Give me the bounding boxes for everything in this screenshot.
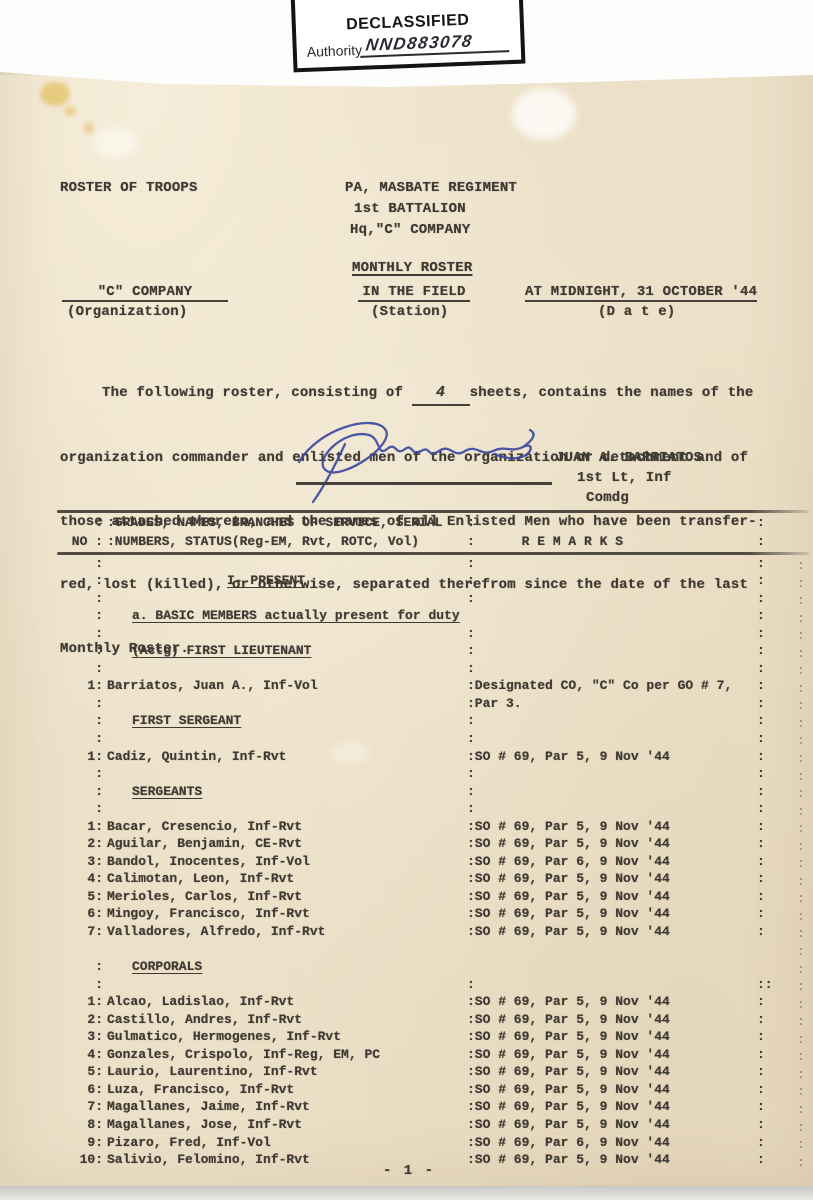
roster-row: :SERGEANTS:: xyxy=(57,783,813,801)
row-name: (Actg) FIRST LIEUTENANT xyxy=(107,642,467,660)
row-right-border: : xyxy=(757,1116,797,1134)
row-name xyxy=(107,590,467,608)
row-remarks: :SO # 69, Par 5, 9 Nov '44 xyxy=(467,993,757,1011)
row-remarks: :SO # 69, Par 5, 9 Nov '44 xyxy=(467,1063,757,1081)
row-name: a. BASIC MEMBERS actually present for du… xyxy=(107,607,467,625)
row-name: FIRST SERGEANT xyxy=(107,712,467,730)
row-right-border: : xyxy=(757,1046,797,1064)
station-label: (Station) xyxy=(371,304,448,320)
row-name xyxy=(107,695,467,713)
header-right-border: : xyxy=(757,513,797,532)
row-name: Castillo, Andres, Inf-Rvt xyxy=(107,1011,467,1029)
row-number: 7: xyxy=(57,923,107,941)
row-remarks: :SO # 69, Par 5, 9 Nov '44 xyxy=(467,905,757,923)
row-remarks xyxy=(467,958,757,976)
row-number: 1: xyxy=(57,748,107,766)
row-remarks: :SO # 69, Par 6, 9 Nov '44 xyxy=(467,853,757,871)
row-remarks: :SO # 69, Par 5, 9 Nov '44 xyxy=(467,1011,757,1029)
row-remarks: : xyxy=(467,660,757,678)
roster-row: 5:Laurio, Laurentino, Inf-Rvt:SO # 69, P… xyxy=(57,1063,813,1081)
row-remarks: :SO # 69, Par 5, 9 Nov '44 xyxy=(467,748,757,766)
row-name xyxy=(107,555,467,573)
row-remarks: :SO # 69, Par 5, 9 Nov '44 xyxy=(467,923,757,941)
row-number: 4: xyxy=(57,1046,107,1064)
row-number: 2: xyxy=(57,1011,107,1029)
header-grades-col: :GRADES, NAMES, BRANCHES OF SERVICE, SER… xyxy=(107,513,467,532)
roster-row: 7:Magallanes, Jaime, Inf-Rvt:SO # 69, Pa… xyxy=(57,1098,813,1116)
row-number: : xyxy=(57,607,107,625)
row-right-border: : xyxy=(757,1151,797,1169)
row-remarks: :SO # 69, Par 5, 9 Nov '44 xyxy=(467,1028,757,1046)
row-number xyxy=(57,941,107,959)
row-number: 7: xyxy=(57,1098,107,1116)
bleed-colon: : xyxy=(797,785,805,803)
row-right-border: : xyxy=(757,695,797,713)
roster-table: : :GRADES, NAMES, BRANCHES OF SERVICE, S… xyxy=(57,510,813,1169)
bleed-colon: : xyxy=(797,557,805,575)
roster-row: :I- PRESENT:: xyxy=(57,572,813,590)
header-right-border: : xyxy=(757,532,797,551)
unit-line-1: PA, MASBATE REGIMENT xyxy=(345,180,517,196)
signer-name: JUAN A. BARRIATOS xyxy=(556,450,702,466)
stain xyxy=(92,128,138,158)
bleed-colon: : xyxy=(797,1101,805,1119)
row-remarks: : xyxy=(467,590,757,608)
row-right-border: : xyxy=(757,1134,797,1152)
bleed-colon: : xyxy=(797,1119,805,1137)
station-value: IN THE FIELD xyxy=(358,284,470,302)
row-remarks: : xyxy=(467,800,757,818)
header-no-col: : xyxy=(57,513,107,532)
document-title: MONTHLY ROSTER xyxy=(352,260,472,276)
row-number: 4: xyxy=(57,870,107,888)
row-number: : xyxy=(57,660,107,678)
bleed-colon: : xyxy=(797,908,805,926)
document-title-left: ROSTER OF TROOPS xyxy=(60,180,198,196)
row-number: 3: xyxy=(57,1028,107,1046)
roster-row: 9:Pizaro, Fred, Inf-Vol:SO # 69, Par 6, … xyxy=(57,1134,813,1152)
row-number: : xyxy=(57,783,107,801)
bleed-colon: : xyxy=(797,662,805,680)
row-number: 1: xyxy=(57,993,107,1011)
bleed-through-colons: ::::::::::::::::::::::::::::::::::: xyxy=(797,557,805,1171)
bleed-colon: : xyxy=(797,996,805,1014)
row-right-border: : xyxy=(757,783,797,801)
bleed-colon: : xyxy=(797,943,805,961)
scan-bottom-edge xyxy=(0,1186,813,1200)
row-name: Barriatos, Juan A., Inf-Vol xyxy=(107,677,467,695)
roster-row: 6:Luza, Francisco, Inf-Rvt:SO # 69, Par … xyxy=(57,1081,813,1099)
stamp-authority-handwriting: NND883078 xyxy=(360,30,512,58)
bleed-colon: : xyxy=(797,627,805,645)
row-remarks: : xyxy=(467,642,757,660)
row-number: : xyxy=(57,642,107,660)
row-remarks: :SO # 69, Par 5, 9 Nov '44 xyxy=(467,1081,757,1099)
stain xyxy=(40,82,70,106)
bleed-colon: : xyxy=(797,1083,805,1101)
bleed-colon: : xyxy=(797,645,805,663)
roster-row: :(Actg) FIRST LIEUTENANT:: xyxy=(57,642,813,660)
roster-row: 4:Gonzales, Crispolo, Inf-Reg, EM, PC:SO… xyxy=(57,1046,813,1064)
roster-row: ::: xyxy=(57,800,813,818)
roster-row: 6:Mingoy, Francisco, Inf-Rvt:SO # 69, Pa… xyxy=(57,905,813,923)
row-name: Valladores, Alfredo, Inf-Rvt xyxy=(107,923,467,941)
unit-line-3: Hq,"C" COMPANY xyxy=(350,222,470,238)
header-remarks-col: : xyxy=(467,513,757,532)
declassified-stamp: DECLASSIFIED Authority NND883078 xyxy=(291,0,526,72)
signer-rank: 1st Lt, Inf xyxy=(577,470,672,486)
row-name: Magallanes, Jose, Inf-Rvt xyxy=(107,1116,467,1134)
row-name: Luza, Francisco, Inf-Rvt xyxy=(107,1081,467,1099)
row-right-border: : xyxy=(757,870,797,888)
row-number: 5: xyxy=(57,888,107,906)
header-grades-col: :NUMBERS, STATUS(Reg-EM, Rvt, ROTC, Vol) xyxy=(107,532,467,551)
row-name: Aguilar, Benjamin, CE-Rvt xyxy=(107,835,467,853)
row-number: : xyxy=(57,555,107,573)
bleed-colon: : xyxy=(797,820,805,838)
roster-row xyxy=(57,941,813,959)
roster-row: 1:Cadiz, Quintin, Inf-Rvt:SO # 69, Par 5… xyxy=(57,748,813,766)
row-right-border: : xyxy=(757,1063,797,1081)
bleed-colon: : xyxy=(797,697,805,715)
row-remarks: : xyxy=(467,976,757,994)
bleed-colon: : xyxy=(797,803,805,821)
bleed-colon: : xyxy=(797,925,805,943)
row-right-border: : xyxy=(757,1081,797,1099)
bleed-colon: : xyxy=(797,1013,805,1031)
date-label: (D a t e) xyxy=(598,304,675,320)
bleed-colon: : xyxy=(797,768,805,786)
row-name xyxy=(107,941,467,959)
row-name: I- PRESENT xyxy=(107,572,467,590)
roster-row: 2:Aguilar, Benjamin, CE-Rvt:SO # 69, Par… xyxy=(57,835,813,853)
bleed-colon: : xyxy=(797,978,805,996)
row-name: Pizaro, Fred, Inf-Vol xyxy=(107,1134,467,1152)
row-number: : xyxy=(57,625,107,643)
row-right-border: : xyxy=(757,642,797,660)
row-number: : xyxy=(57,958,107,976)
row-name xyxy=(107,976,467,994)
handwritten-signature xyxy=(283,412,563,507)
row-name: Bacar, Cresencio, Inf-Rvt xyxy=(107,818,467,836)
row-name: CORPORALS xyxy=(107,958,467,976)
sheets-count-handwritten: 4 xyxy=(412,382,470,405)
row-remarks: :Par 3. xyxy=(467,695,757,713)
row-right-border: : xyxy=(757,1098,797,1116)
row-remarks: :SO # 69, Par 5, 9 Nov '44 xyxy=(467,1151,757,1169)
row-name: Magallanes, Jaime, Inf-Rvt xyxy=(107,1098,467,1116)
bleed-colon: : xyxy=(797,715,805,733)
page-number: - 1 - xyxy=(383,1163,435,1179)
row-right-border xyxy=(757,958,797,976)
row-name xyxy=(107,800,467,818)
organization-value: "C" COMPANY xyxy=(62,284,228,302)
row-remarks: : xyxy=(467,572,757,590)
row-right-border: : xyxy=(757,590,797,608)
row-right-border: : xyxy=(757,572,797,590)
row-right-border: :: xyxy=(757,976,797,994)
row-remarks xyxy=(467,607,757,625)
roster-row: ::: xyxy=(57,555,813,573)
bleed-colon: : xyxy=(797,732,805,750)
row-name: Calimotan, Leon, Inf-Rvt xyxy=(107,870,467,888)
roster-row: :a. BASIC MEMBERS actually present for d… xyxy=(57,607,813,625)
row-number: : xyxy=(57,976,107,994)
row-name: SERGEANTS xyxy=(107,783,467,801)
row-number: 1: xyxy=(57,818,107,836)
roster-row: ::: xyxy=(57,765,813,783)
row-name xyxy=(107,625,467,643)
signer-title: Comdg xyxy=(586,490,629,506)
bleed-colon: : xyxy=(797,1154,805,1172)
row-right-border: : xyxy=(757,800,797,818)
stain xyxy=(512,88,576,140)
row-number: 9: xyxy=(57,1134,107,1152)
roster-row: 5:Merioles, Carlos, Inf-Rvt:SO # 69, Par… xyxy=(57,888,813,906)
row-right-border: : xyxy=(757,677,797,695)
row-right-border: : xyxy=(757,748,797,766)
row-number: : xyxy=(57,712,107,730)
row-right-border: : xyxy=(757,1028,797,1046)
stamp-authority-label: Authority xyxy=(307,42,363,60)
row-remarks: :SO # 69, Par 5, 9 Nov '44 xyxy=(467,1116,757,1134)
roster-row: ::: xyxy=(57,625,813,643)
bleed-colon: : xyxy=(797,610,805,628)
bleed-colon: : xyxy=(797,1031,805,1049)
paper-top-edge xyxy=(0,70,813,76)
bleed-colon: : xyxy=(797,855,805,873)
row-name: Gulmatico, Hermogenes, Inf-Rvt xyxy=(107,1028,467,1046)
row-remarks: :SO # 69, Par 6, 9 Nov '44 xyxy=(467,1134,757,1152)
row-remarks: : xyxy=(467,555,757,573)
row-remarks: :SO # 69, Par 5, 9 Nov '44 xyxy=(467,1098,757,1116)
row-number: : xyxy=(57,800,107,818)
row-number: : xyxy=(57,590,107,608)
row-number: 6: xyxy=(57,905,107,923)
row-right-border: : xyxy=(757,905,797,923)
roster-row: 1:Bacar, Cresencio, Inf-Rvt:SO # 69, Par… xyxy=(57,818,813,836)
roster-row: ::: xyxy=(57,730,813,748)
roster-row: :FIRST SERGEANT:: xyxy=(57,712,813,730)
roster-row: 4:Calimotan, Leon, Inf-Rvt:SO # 69, Par … xyxy=(57,870,813,888)
row-number: 8: xyxy=(57,1116,107,1134)
row-right-border: : xyxy=(757,712,797,730)
header-no-col: NO : xyxy=(57,532,107,551)
roster-row: 8:Magallanes, Jose, Inf-Rvt:SO # 69, Par… xyxy=(57,1116,813,1134)
row-remarks: : xyxy=(467,712,757,730)
row-remarks: :SO # 69, Par 5, 9 Nov '44 xyxy=(467,818,757,836)
row-right-border: : xyxy=(757,853,797,871)
row-number: 10: xyxy=(57,1151,107,1169)
row-number: : xyxy=(57,695,107,713)
row-remarks: :SO # 69, Par 5, 9 Nov '44 xyxy=(467,870,757,888)
row-right-border: : xyxy=(757,835,797,853)
row-right-border: : xyxy=(757,765,797,783)
row-remarks: : xyxy=(467,730,757,748)
row-right-border: : xyxy=(757,993,797,1011)
bleed-colon: : xyxy=(797,1048,805,1066)
row-right-border: : xyxy=(757,555,797,573)
row-name: Merioles, Carlos, Inf-Rvt xyxy=(107,888,467,906)
row-name: Mingoy, Francisco, Inf-Rvt xyxy=(107,905,467,923)
bleed-colon: : xyxy=(797,1066,805,1084)
row-remarks: :SO # 69, Par 5, 9 Nov '44 xyxy=(467,1046,757,1064)
row-number: 5: xyxy=(57,1063,107,1081)
row-right-border: : xyxy=(757,818,797,836)
roster-row: ::: xyxy=(57,660,813,678)
row-number: 1: xyxy=(57,677,107,695)
row-number: : xyxy=(57,572,107,590)
roster-row: ::: xyxy=(57,590,813,608)
paragraph-text: sheets, contains the names of the xyxy=(470,385,754,401)
table-header-row-2: NO : :NUMBERS, STATUS(Reg-EM, Rvt, ROTC,… xyxy=(57,532,813,551)
roster-row: 3:Bandol, Inocentes, Inf-Vol:SO # 69, Pa… xyxy=(57,853,813,871)
row-name: Cadiz, Quintin, Inf-Rvt xyxy=(107,748,467,766)
unit-line-2: 1st BATTALION xyxy=(354,201,466,217)
row-number: : xyxy=(57,730,107,748)
bleed-colon: : xyxy=(797,1136,805,1154)
row-number: 3: xyxy=(57,853,107,871)
row-right-border: : xyxy=(757,625,797,643)
row-name: Bandol, Inocentes, Inf-Vol xyxy=(107,853,467,871)
row-name: Gonzales, Crispolo, Inf-Reg, EM, PC xyxy=(107,1046,467,1064)
roster-row: 1:Alcao, Ladislao, Inf-Rvt:SO # 69, Par … xyxy=(57,993,813,1011)
row-remarks: : xyxy=(467,765,757,783)
roster-row: :::: xyxy=(57,976,813,994)
bleed-colon: : xyxy=(797,592,805,610)
row-name xyxy=(107,660,467,678)
row-right-border: : xyxy=(757,1011,797,1029)
stain xyxy=(84,122,94,134)
row-right-border: : xyxy=(757,730,797,748)
row-name xyxy=(107,765,467,783)
roster-row: 7:Valladores, Alfredo, Inf-Rvt:SO # 69, … xyxy=(57,923,813,941)
row-remarks: : xyxy=(467,783,757,801)
bleed-colon: : xyxy=(797,680,805,698)
date-value: AT MIDNIGHT, 31 OCTOBER '44 xyxy=(525,284,757,302)
signature-line xyxy=(296,482,552,485)
paragraph-line-1: The following roster, consisting of 4she… xyxy=(60,382,757,405)
roster-rows: ::::I- PRESENT::::::a. BASIC MEMBERS act… xyxy=(57,555,813,1169)
row-remarks: :SO # 69, Par 5, 9 Nov '44 xyxy=(467,835,757,853)
row-remarks: :Designated CO, "C" Co per GO # 7, xyxy=(467,677,757,695)
roster-row: 1:Barriatos, Juan A., Inf-Vol:Designated… xyxy=(57,677,813,695)
row-right-border: : xyxy=(757,888,797,906)
bleed-colon: : xyxy=(797,750,805,768)
row-number: 2: xyxy=(57,835,107,853)
roster-row: 3:Gulmatico, Hermogenes, Inf-Rvt:SO # 69… xyxy=(57,1028,813,1046)
row-number: : xyxy=(57,765,107,783)
stain xyxy=(64,106,76,116)
bleed-colon: : xyxy=(797,890,805,908)
row-remarks: :SO # 69, Par 5, 9 Nov '44 xyxy=(467,888,757,906)
row-name xyxy=(107,730,467,748)
bleed-colon: : xyxy=(797,838,805,856)
roster-row: :CORPORALS xyxy=(57,958,813,976)
organization-label: (Organization) xyxy=(67,304,187,320)
bleed-colon: : xyxy=(797,575,805,593)
row-name: Alcao, Ladislao, Inf-Rvt xyxy=(107,993,467,1011)
row-right-border: : xyxy=(757,660,797,678)
document-scan: DECLASSIFIED Authority NND883078 ROSTER … xyxy=(0,0,813,1200)
roster-row: ::Par 3.: xyxy=(57,695,813,713)
header-remarks-col: : R E M A R K S xyxy=(467,532,757,551)
table-header-row-1: : :GRADES, NAMES, BRANCHES OF SERVICE, S… xyxy=(57,513,813,532)
row-right-border: : xyxy=(757,923,797,941)
row-right-border xyxy=(757,941,797,959)
roster-row: 2:Castillo, Andres, Inf-Rvt:SO # 69, Par… xyxy=(57,1011,813,1029)
row-name: Laurio, Laurentino, Inf-Rvt xyxy=(107,1063,467,1081)
row-number: 6: xyxy=(57,1081,107,1099)
row-remarks xyxy=(467,941,757,959)
row-remarks: : xyxy=(467,625,757,643)
paragraph-text: The following roster, consisting of xyxy=(60,385,412,401)
row-right-border: : xyxy=(757,607,797,625)
bleed-colon: : xyxy=(797,961,805,979)
bleed-colon: : xyxy=(797,873,805,891)
